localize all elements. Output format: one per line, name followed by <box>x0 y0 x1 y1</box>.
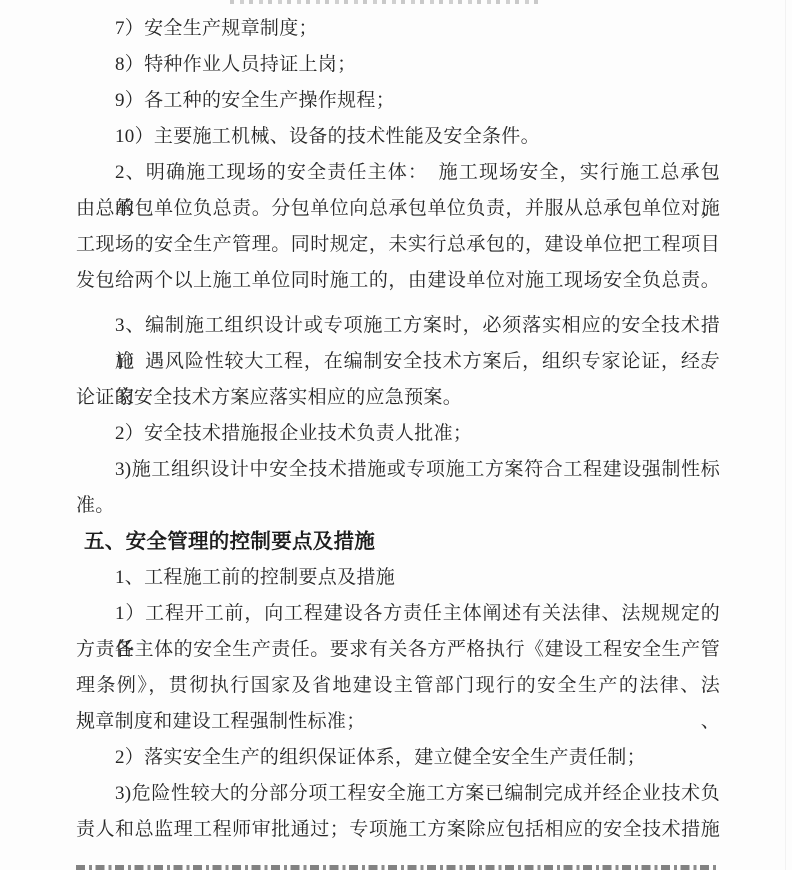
cut-off-text-fragment-top <box>230 0 542 4</box>
text-line: 工现场的安全生产管理。同时规定，未实行总承包的，建设单位把工程项目 <box>76 227 720 263</box>
text-line: 3)施工组织设计中安全技术措施或专项施工方案符合工程建设强制性标 <box>76 452 720 488</box>
text-line: 理条例》，贯彻执行国家及省地建设主管部门现行的安全生产的法律、法规、 <box>76 668 720 704</box>
text-line: 2）落实安全生产的组织保证体系，建立健全安全生产责任制； <box>76 740 720 776</box>
page-edge-artifact <box>785 0 786 870</box>
text-line: 3、编制施工组织设计或专项施工方案时，必须落实相应的安全技术措施。 <box>76 308 720 344</box>
text-line: 准。 <box>76 488 720 524</box>
document-content: 7）安全生产规章制度；8）特种作业人员持证上岗；9）各工种的安全生产操作规程；1… <box>76 11 720 848</box>
text-line: 9）各工种的安全生产操作规程； <box>76 83 720 119</box>
text-line: 论证的安全技术方案应落实相应的应急预案。 <box>76 380 720 416</box>
text-line: 8）特种作业人员持证上岗； <box>76 47 720 83</box>
cut-off-text-fragment-bottom <box>76 865 718 870</box>
text-line: 10）主要施工机械、设备的技术性能及安全条件。 <box>76 119 720 155</box>
text-line: 2、明确施工现场的安全责任主体： 施工现场安全，实行施工总承包的， <box>76 155 720 191</box>
text-line: 1）遇风险性较大工程，在编制安全技术方案后，组织专家论证，经专家 <box>76 344 720 380</box>
text-line: 7）安全生产规章制度； <box>76 11 720 47</box>
text-line: 3)危险性较大的分部分项工程安全施工方案已编制完成并经企业技术负 <box>76 776 720 812</box>
document-page: 7）安全生产规章制度；8）特种作业人员持证上岗；9）各工种的安全生产操作规程；1… <box>0 0 792 870</box>
text-line: 方责任主体的安全生产责任。要求有关各方严格执行《建设工程安全生产管 <box>76 632 720 668</box>
section-heading: 五、安全管理的控制要点及措施 <box>76 524 720 560</box>
text-line: 2）安全技术措施报企业技术负责人批准； <box>76 416 720 452</box>
text-line: 发包给两个以上施工单位同时施工的，由建设单位对施工现场安全负总责。 <box>76 263 720 299</box>
text-line: 由总承包单位负总责。分包单位向总承包单位负责，并服从总承包单位对施 <box>76 191 720 227</box>
text-line: 1）工程开工前，向工程建设各方责任主体阐述有关法律、法规规定的各 <box>76 596 720 632</box>
text-line: 1、工程施工前的控制要点及措施 <box>76 560 720 596</box>
text-line: 责人和总监理工程师审批通过；专项施工方案除应包括相应的安全技术措施 <box>76 812 720 848</box>
